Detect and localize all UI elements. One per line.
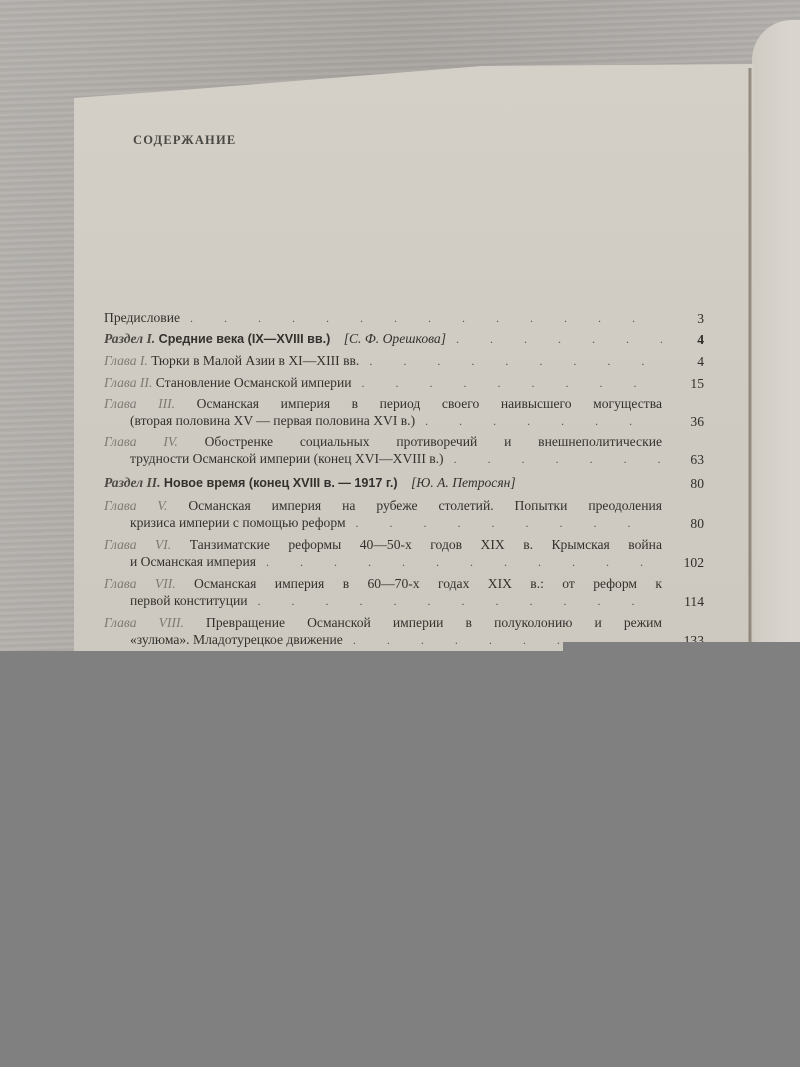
toc-entry-label: Глава VI. <box>104 537 190 552</box>
toc-page-number: 3 <box>664 310 704 327</box>
toc-entry-label: Раздел I. <box>104 331 159 346</box>
toc-entry-label: Глава IV. <box>104 434 205 449</box>
toc-entry-text: и Османская империя <box>130 554 256 569</box>
toc-entry-line: (вторая половина XV — первая половина XV… <box>104 412 662 430</box>
dot-leader: . . . . . . . . . . . . . . . . . . . . … <box>456 331 662 348</box>
toc-entry-line: Раздел I. Средние века (IX—XVIII вв.) [С… <box>104 330 662 348</box>
dot-leader: . . . . . . . . . . . . . . . . . . . . … <box>362 375 662 392</box>
toc-entry-label: Глава VIII. <box>104 615 206 630</box>
dot-leader: . . . . . . . . . . . . . . . . . . . . … <box>356 515 662 532</box>
toc-entry-text: первой конституции <box>130 593 248 608</box>
toc-entry-text: Тюрки в Малой Азии в XI—XIII вв. <box>151 353 359 368</box>
toc-entry-line: Глава II. Становление Османской империи.… <box>104 374 662 392</box>
toc-entry-author: [Ю. А. Петросян] <box>408 475 516 490</box>
toc-entry-text: Османская империя на рубеже столетий. По… <box>188 498 662 513</box>
toc-entry-line: Глава I. Тюрки в Малой Азии в XI—XIII вв… <box>104 352 662 370</box>
dot-leader: . . . . . . . . . . . . . . . . . . . . … <box>258 593 662 610</box>
toc-chapter-entry: Глава VII. Османская империя в 60—70-х г… <box>104 575 710 610</box>
toc-chapter-entry: Глава V. Османская империя на рубеже сто… <box>104 497 710 532</box>
toc-page-number: 15 <box>664 375 704 392</box>
toc-entry-text: «зулюма». Младотурецкое движение <box>130 632 343 647</box>
redaction-overlay <box>0 651 800 1067</box>
toc-entry-text: Обостренке социальных противоречий и вне… <box>205 434 662 449</box>
toc-chapter-entry: Глава IV. Обостренке социальных противор… <box>104 433 710 468</box>
toc-page-number: 114 <box>664 593 704 610</box>
toc-entry-line: кризиса империи с помощью реформ. . . . … <box>104 514 662 532</box>
toc-entry-label: Раздел II. <box>104 475 164 490</box>
toc-entry-line: Глава IV. Обостренке социальных противор… <box>104 433 662 450</box>
toc-entry-line: Глава III. Османская империя в период св… <box>104 395 662 412</box>
toc-entry-line: первой конституции. . . . . . . . . . . … <box>104 592 662 610</box>
facing-page-edge <box>752 20 800 720</box>
dot-leader: . . . . . . . . . . . . . . . . . . . . … <box>454 451 662 468</box>
toc-page-number: 63 <box>664 451 704 468</box>
toc-section-entry: Раздел II. Новое время (конец XVIII в. —… <box>104 474 710 492</box>
toc-entry-label: Глава III. <box>104 396 197 411</box>
toc-entry-label: Глава VII. <box>104 576 194 591</box>
toc-entry-text: (вторая половина XV — первая половина XV… <box>130 413 415 428</box>
toc-chapter-entry: Глава II. Становление Османской империи.… <box>104 374 710 392</box>
toc-section-entry: Раздел I. Средние века (IX—XVIII вв.) [С… <box>104 330 710 348</box>
toc-entry-text: Османская империя в 60—70-х годах XIX в.… <box>194 576 662 591</box>
toc-entry-text: Новое время (конец XVIII в. — 1917 г.) <box>164 476 398 490</box>
toc-page-number: 36 <box>664 413 704 430</box>
toc-page-number: 102 <box>664 554 704 571</box>
toc-entry-text: трудности Османской империи (конец XVI—X… <box>130 451 444 466</box>
toc-entry-text: Превращение Османской империи в полуколо… <box>206 615 662 630</box>
book-gutter-shadow <box>748 68 752 728</box>
toc-entry-text: Танзиматские реформы 40—50-х годов XIX в… <box>190 537 662 552</box>
toc-page-number: 80 <box>664 475 704 492</box>
toc-entry-label: Глава V. <box>104 498 188 513</box>
toc-chapter-entry: Глава III. Османская империя в период св… <box>104 395 710 430</box>
toc-chapter-entry: Глава VI. Танзиматские реформы 40—50-х г… <box>104 536 710 571</box>
page-title: СОДЕРЖАНИЕ <box>133 133 236 148</box>
toc-entry-line: Предисловие. . . . . . . . . . . . . . .… <box>104 309 662 327</box>
toc-entry-text: Становление Османской империи <box>156 375 352 390</box>
toc-page-number: 4 <box>664 331 704 348</box>
toc-page-number: 4 <box>664 353 704 370</box>
dot-leader: . . . . . . . . . . . . . . . . . . . . … <box>369 353 662 370</box>
table-of-contents: Предисловие. . . . . . . . . . . . . . .… <box>104 306 710 686</box>
dot-leader: . . . . . . . . . . . . . . . . . . . . … <box>425 413 662 430</box>
toc-entry-line: Глава VI. Танзиматские реформы 40—50-х г… <box>104 536 662 553</box>
toc-entry-line: Раздел II. Новое время (конец XVIII в. —… <box>104 474 662 492</box>
toc-entry-line: Глава V. Османская империя на рубеже сто… <box>104 497 662 514</box>
toc-entry-line: трудности Османской империи (конец XVI—X… <box>104 450 662 468</box>
toc-entry-line: Глава VIII. Превращение Османской импери… <box>104 614 662 631</box>
toc-entry-line: и Османская империя. . . . . . . . . . .… <box>104 553 662 571</box>
toc-entry-text: кризиса империи с помощью реформ <box>130 515 346 530</box>
toc-chapter-entry: Глава I. Тюрки в Малой Азии в XI—XIII вв… <box>104 352 710 370</box>
redaction-overlay-notch <box>563 642 800 652</box>
toc-entry-line: Глава VII. Османская империя в 60—70-х г… <box>104 575 662 592</box>
toc-preface-entry: Предисловие. . . . . . . . . . . . . . .… <box>104 309 710 327</box>
toc-entry-text: Османская империя в период своего наивыс… <box>197 396 662 411</box>
toc-entry-text: Средние века (IX—XVIII вв.) <box>159 332 331 346</box>
toc-entry-text: Предисловие <box>104 310 180 325</box>
dot-leader: . . . . . . . . . . . . . . . . . . . . … <box>190 310 662 327</box>
toc-page-number: 80 <box>664 515 704 532</box>
toc-entry-label: Глава II. <box>104 375 156 390</box>
toc-entry-author: [С. Ф. Орешкова] <box>340 331 446 346</box>
dot-leader: . . . . . . . . . . . . . . . . . . . . … <box>266 554 662 571</box>
toc-entry-label: Глава I. <box>104 353 151 368</box>
